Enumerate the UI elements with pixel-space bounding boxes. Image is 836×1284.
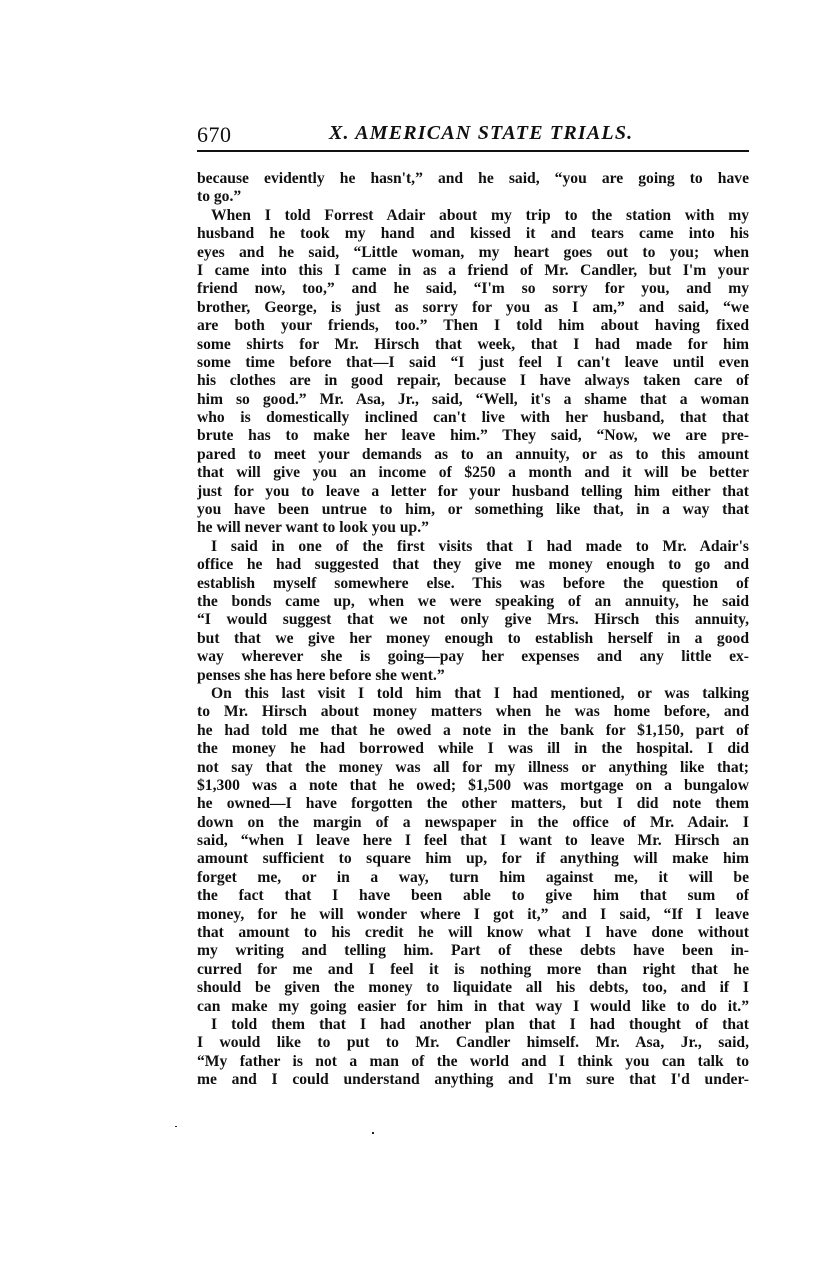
- text-line: some time before that—I said “I just fee…: [197, 354, 749, 372]
- text-line: the money he had borrowed while I was il…: [197, 740, 749, 758]
- text-line: office he had suggested that they give m…: [197, 556, 749, 574]
- text-line: who is domestically inclined can't live …: [197, 409, 749, 427]
- text-line: brother, George, is just as sorry for yo…: [197, 299, 749, 317]
- text-line: friend now, too,” and he said, “I'm so s…: [197, 280, 749, 298]
- text-line: I said in one of the first visits that I…: [197, 538, 749, 556]
- scan-speck: [372, 1132, 374, 1134]
- text-line: I told them that I had another plan that…: [197, 1016, 749, 1034]
- text-line: On this last visit I told him that I had…: [197, 685, 749, 703]
- text-line: he owned—I have forgotten the other matt…: [197, 795, 749, 813]
- text-line: husband he took my hand and kissed it an…: [197, 225, 749, 243]
- text-line: that will give you an income of $250 a m…: [197, 464, 749, 482]
- text-line: because evidently he hasn't,” and he sai…: [197, 170, 749, 188]
- text-line: eyes and he said, “Little woman, my hear…: [197, 244, 749, 262]
- text-line: brute has to make her leave him.” They s…: [197, 427, 749, 445]
- text-line: “I would suggest that we not only give M…: [197, 611, 749, 629]
- text-line: forget me, or in a way, turn him against…: [197, 869, 749, 887]
- text-line: establish myself somewhere else. This wa…: [197, 575, 749, 593]
- scan-speck: [175, 1126, 177, 1127]
- page-number: 670: [197, 122, 232, 148]
- text-line: the fact that I have been able to give h…: [197, 887, 749, 905]
- text-line: said, “when I leave here I feel that I w…: [197, 832, 749, 850]
- text-line: $1,300 was a note that he owed; $1,500 w…: [197, 777, 749, 795]
- text-line: to Mr. Hirsch about money matters when h…: [197, 703, 749, 721]
- book-page: 670 X. AMERICAN STATE TRIALS. because ev…: [197, 118, 749, 1090]
- text-line: some shirts for Mr. Hirsch that week, th…: [197, 336, 749, 354]
- text-line: I came into this I came in as a friend o…: [197, 262, 749, 280]
- text-line: money, for he will wonder where I got it…: [197, 906, 749, 924]
- text-line: his clothes are in good repair, because …: [197, 372, 749, 390]
- running-title: X. AMERICAN STATE TRIALS.: [329, 122, 633, 145]
- text-line: to go.”: [197, 188, 749, 206]
- body-text: because evidently he hasn't,” and he sai…: [197, 170, 749, 1090]
- running-header: 670 X. AMERICAN STATE TRIALS.: [197, 118, 749, 152]
- text-line: pared to meet your demands as to an annu…: [197, 446, 749, 464]
- text-line: “My father is not a man of the world and…: [197, 1053, 749, 1071]
- text-line: my writing and telling him. Part of thes…: [197, 942, 749, 960]
- text-line: just for you to leave a letter for your …: [197, 483, 749, 501]
- text-line: but that we give her money enough to est…: [197, 630, 749, 648]
- text-line: the bonds came up, when we were speaking…: [197, 593, 749, 611]
- text-line: he had told me that he owed a note in th…: [197, 722, 749, 740]
- text-line: can make my going easier for him in that…: [197, 998, 749, 1016]
- text-line: When I told Forrest Adair about my trip …: [197, 207, 749, 225]
- text-line: him so good.” Mr. Asa, Jr., said, “Well,…: [197, 391, 749, 409]
- text-line: amount sufficient to square him up, for …: [197, 850, 749, 868]
- text-line: are both your friends, too.” Then I told…: [197, 317, 749, 335]
- text-line: penses she has here before she went.”: [197, 667, 749, 685]
- text-line: he will never want to look you up.”: [197, 519, 749, 537]
- text-line: down on the margin of a newspaper in the…: [197, 814, 749, 832]
- text-line: curred for me and I feel it is nothing m…: [197, 961, 749, 979]
- text-line: that amount to his credit he will know w…: [197, 924, 749, 942]
- text-line: you have been untrue to him, or somethin…: [197, 501, 749, 519]
- text-line: me and I could understand anything and I…: [197, 1071, 749, 1089]
- text-line: I would like to put to Mr. Candler himse…: [197, 1034, 749, 1052]
- text-line: not say that the money was all for my il…: [197, 759, 749, 777]
- text-line: way wherever she is going—pay her expens…: [197, 648, 749, 666]
- text-line: should be given the money to liquidate a…: [197, 979, 749, 997]
